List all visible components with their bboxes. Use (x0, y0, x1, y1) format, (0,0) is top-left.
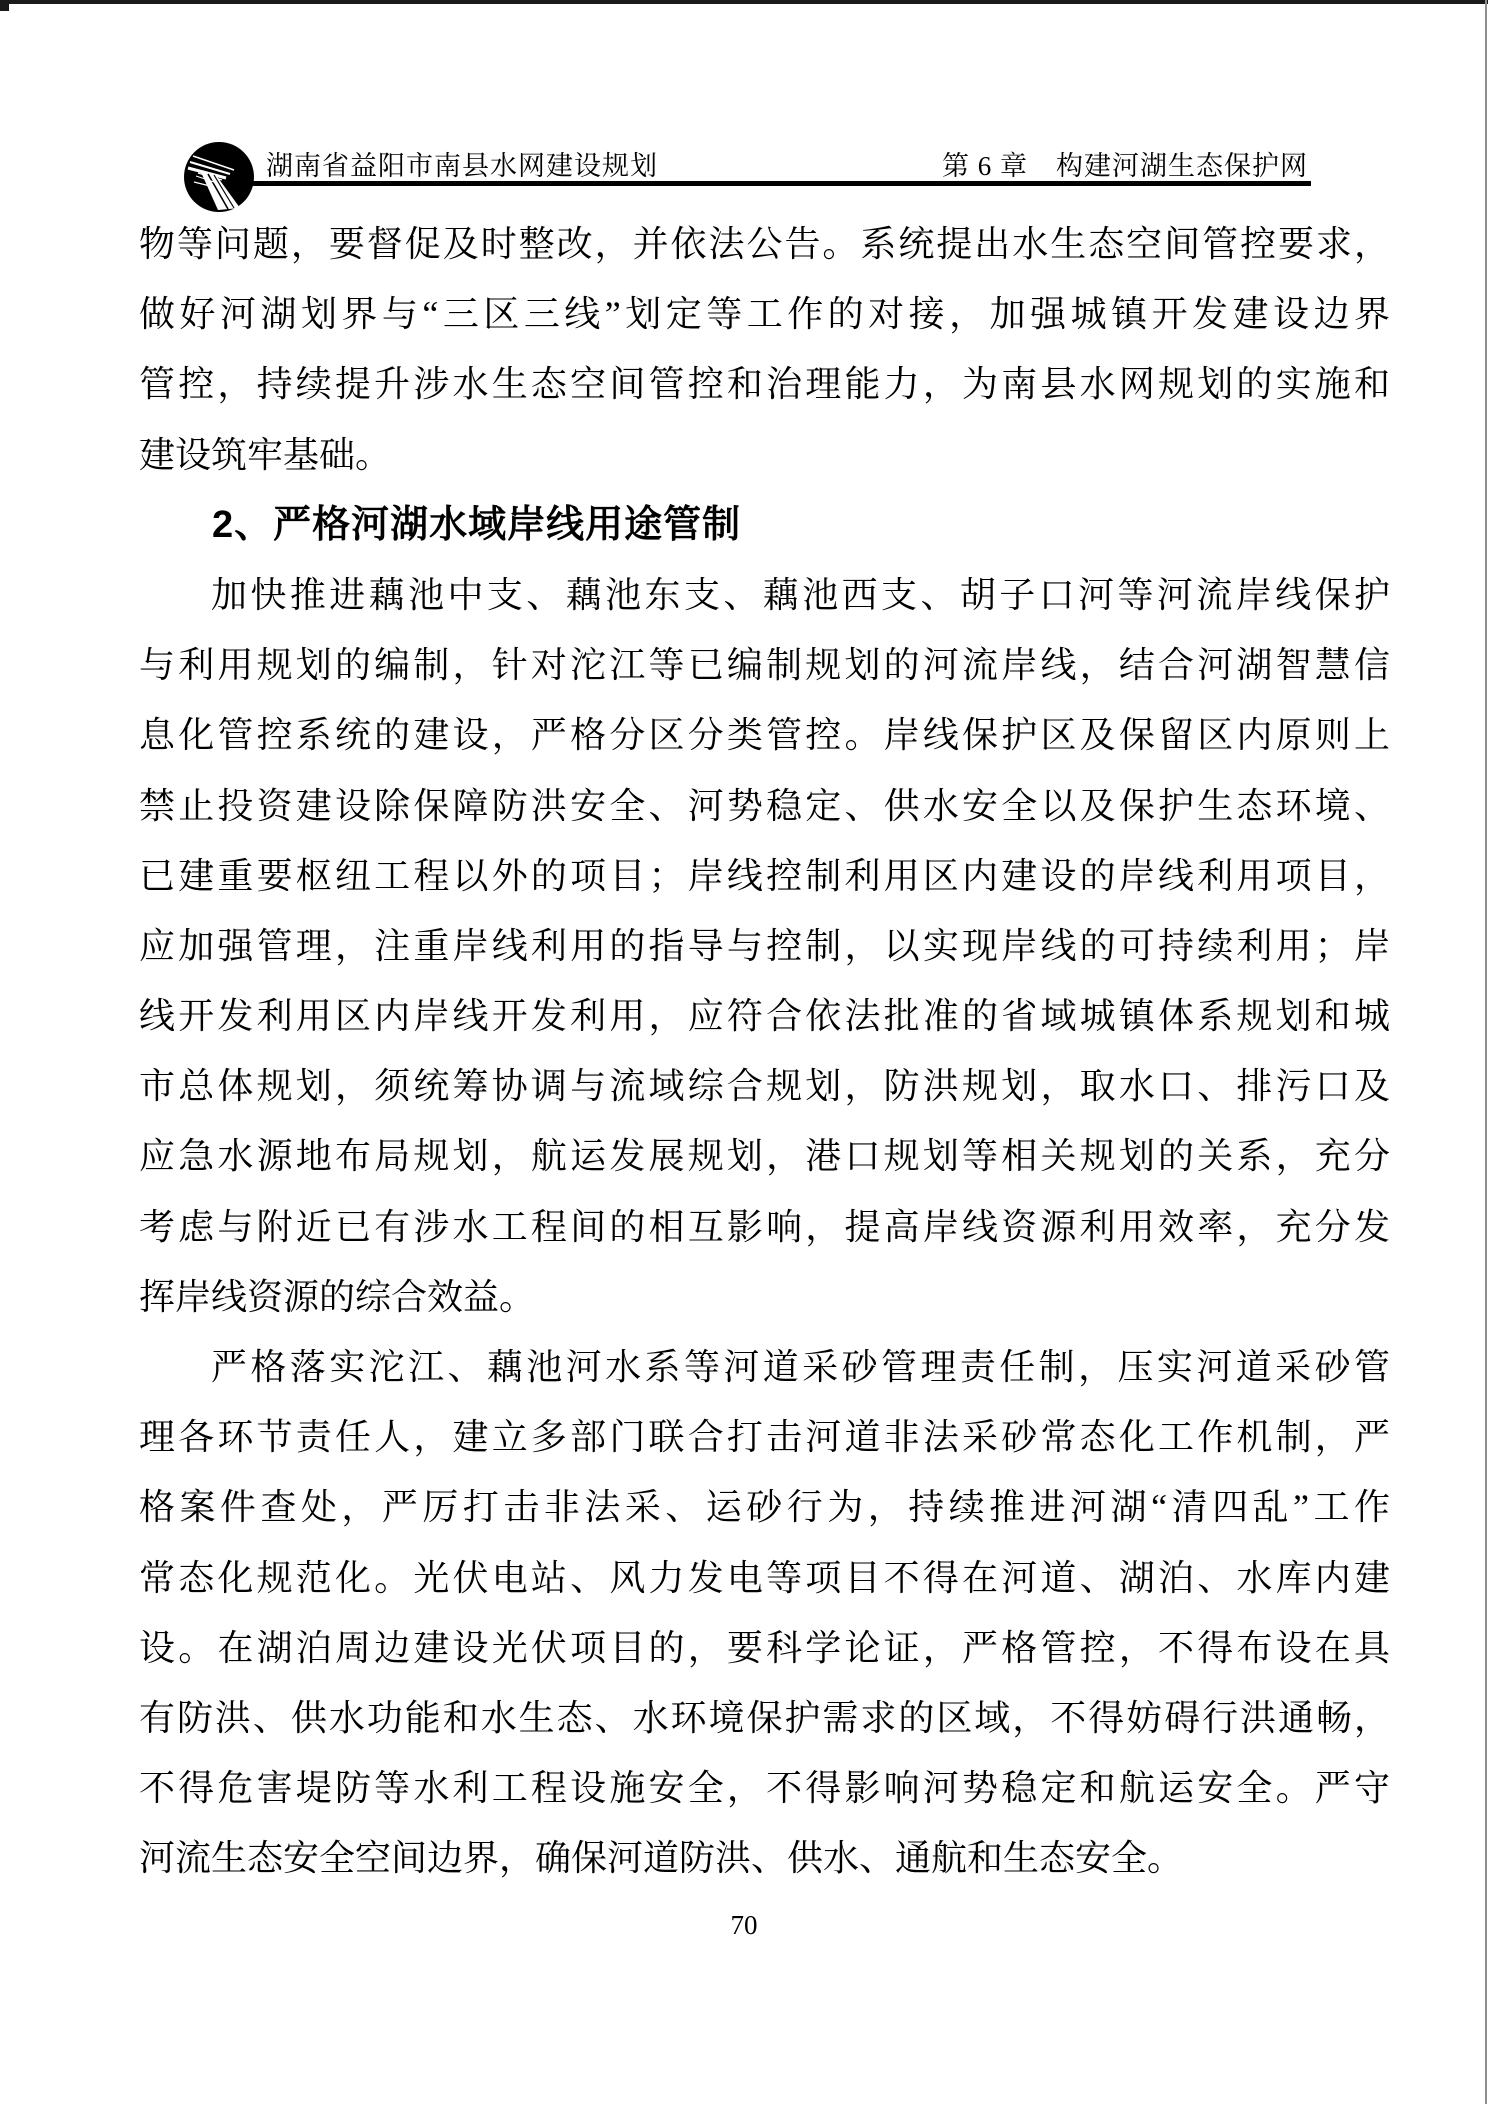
text-line: 已建重要枢纽工程以外的项目；岸线控制利用区内建设的岸线利用项目， (139, 841, 1390, 911)
text-line: 禁止投资建设除保障防洪安全、河势稳定、供水安全以及保护生态环境、 (139, 771, 1390, 841)
text-line: 做好河湖划界与“三区三线”划定等工作的对接，加强城镇开发建设边界 (139, 279, 1390, 349)
page-right-edge (1485, 0, 1487, 2104)
document-body: 物等问题，要督促及时整改，并依法公告。系统提出水生态空间管控要求， 做好河湖划界… (139, 209, 1390, 1894)
section-heading: 2、严格河湖水域岸线用途管制 (139, 490, 1390, 560)
text-line: 考虑与附近已有涉水工程间的相互影响，提高岸线资源利用效率，充分发 (139, 1192, 1390, 1262)
header-divider (246, 181, 1311, 186)
text-line: 物等问题，要督促及时整改，并依法公告。系统提出水生态空间管控要求， (139, 209, 1390, 279)
road-bridge-logo-icon (184, 142, 254, 212)
text-line: 建设筑牢基础。 (139, 420, 1390, 490)
page-number: 70 (0, 1910, 1488, 1941)
text-line: 加快推进藕池中支、藕池东支、藕池西支、胡子口河等河流岸线保护 (139, 560, 1390, 630)
text-line: 设。在湖泊周边建设光伏项目的，要科学论证，严格管控，不得布设在具 (139, 1613, 1390, 1683)
page-top-edge (0, 0, 1488, 4)
text-line: 线开发利用区内岸线开发利用，应符合依法批准的省域城镇体系规划和城 (139, 981, 1390, 1051)
text-line: 挥岸线资源的综合效益。 (139, 1262, 1390, 1332)
text-line: 应急水源地布局规划，航运发展规划，港口规划等相关规划的关系，充分 (139, 1121, 1390, 1191)
text-line: 息化管控系统的建设，严格分区分类管控。岸线保护区及保留区内原则上 (139, 700, 1390, 770)
text-line: 与利用规划的编制，针对沱江等已编制规划的河流岸线，结合河湖智慧信 (139, 630, 1390, 700)
text-line: 管控，持续提升涉水生态空间管控和治理能力，为南县水网规划的实施和 (139, 349, 1390, 419)
document-title: 湖南省益阳市南县水网建设规划 (266, 144, 658, 183)
text-line: 河流生态安全空间边界，确保河道防洪、供水、通航和生态安全。 (139, 1823, 1390, 1893)
text-line: 不得危害堤防等水利工程设施安全，不得影响河势稳定和航运安全。严守 (139, 1753, 1390, 1823)
text-line: 格案件查处，严厉打击非法采、运砂行为，持续推进河湖“清四乱”工作 (139, 1472, 1390, 1542)
text-line: 理各环节责任人，建立多部门联合打击河道非法采砂常态化工作机制，严 (139, 1402, 1390, 1472)
text-line: 有防洪、供水功能和水生态、水环境保护需求的区域，不得妨碍行洪通畅， (139, 1683, 1390, 1753)
page-top-left-corner-mark (0, 0, 9, 11)
text-line: 应加强管理，注重岸线利用的指导与控制，以实现岸线的可持续利用；岸 (139, 911, 1390, 981)
chapter-title: 第 6 章 构建河湖生态保护网 (942, 144, 1308, 183)
text-line: 严格落实沱江、藕池河水系等河道采砂管理责任制，压实河道采砂管 (139, 1332, 1390, 1402)
text-line: 市总体规划，须统筹协调与流域综合规划，防洪规划，取水口、排污口及 (139, 1051, 1390, 1121)
text-line: 常态化规范化。光伏电站、风力发电等项目不得在河道、湖泊、水库内建 (139, 1543, 1390, 1613)
